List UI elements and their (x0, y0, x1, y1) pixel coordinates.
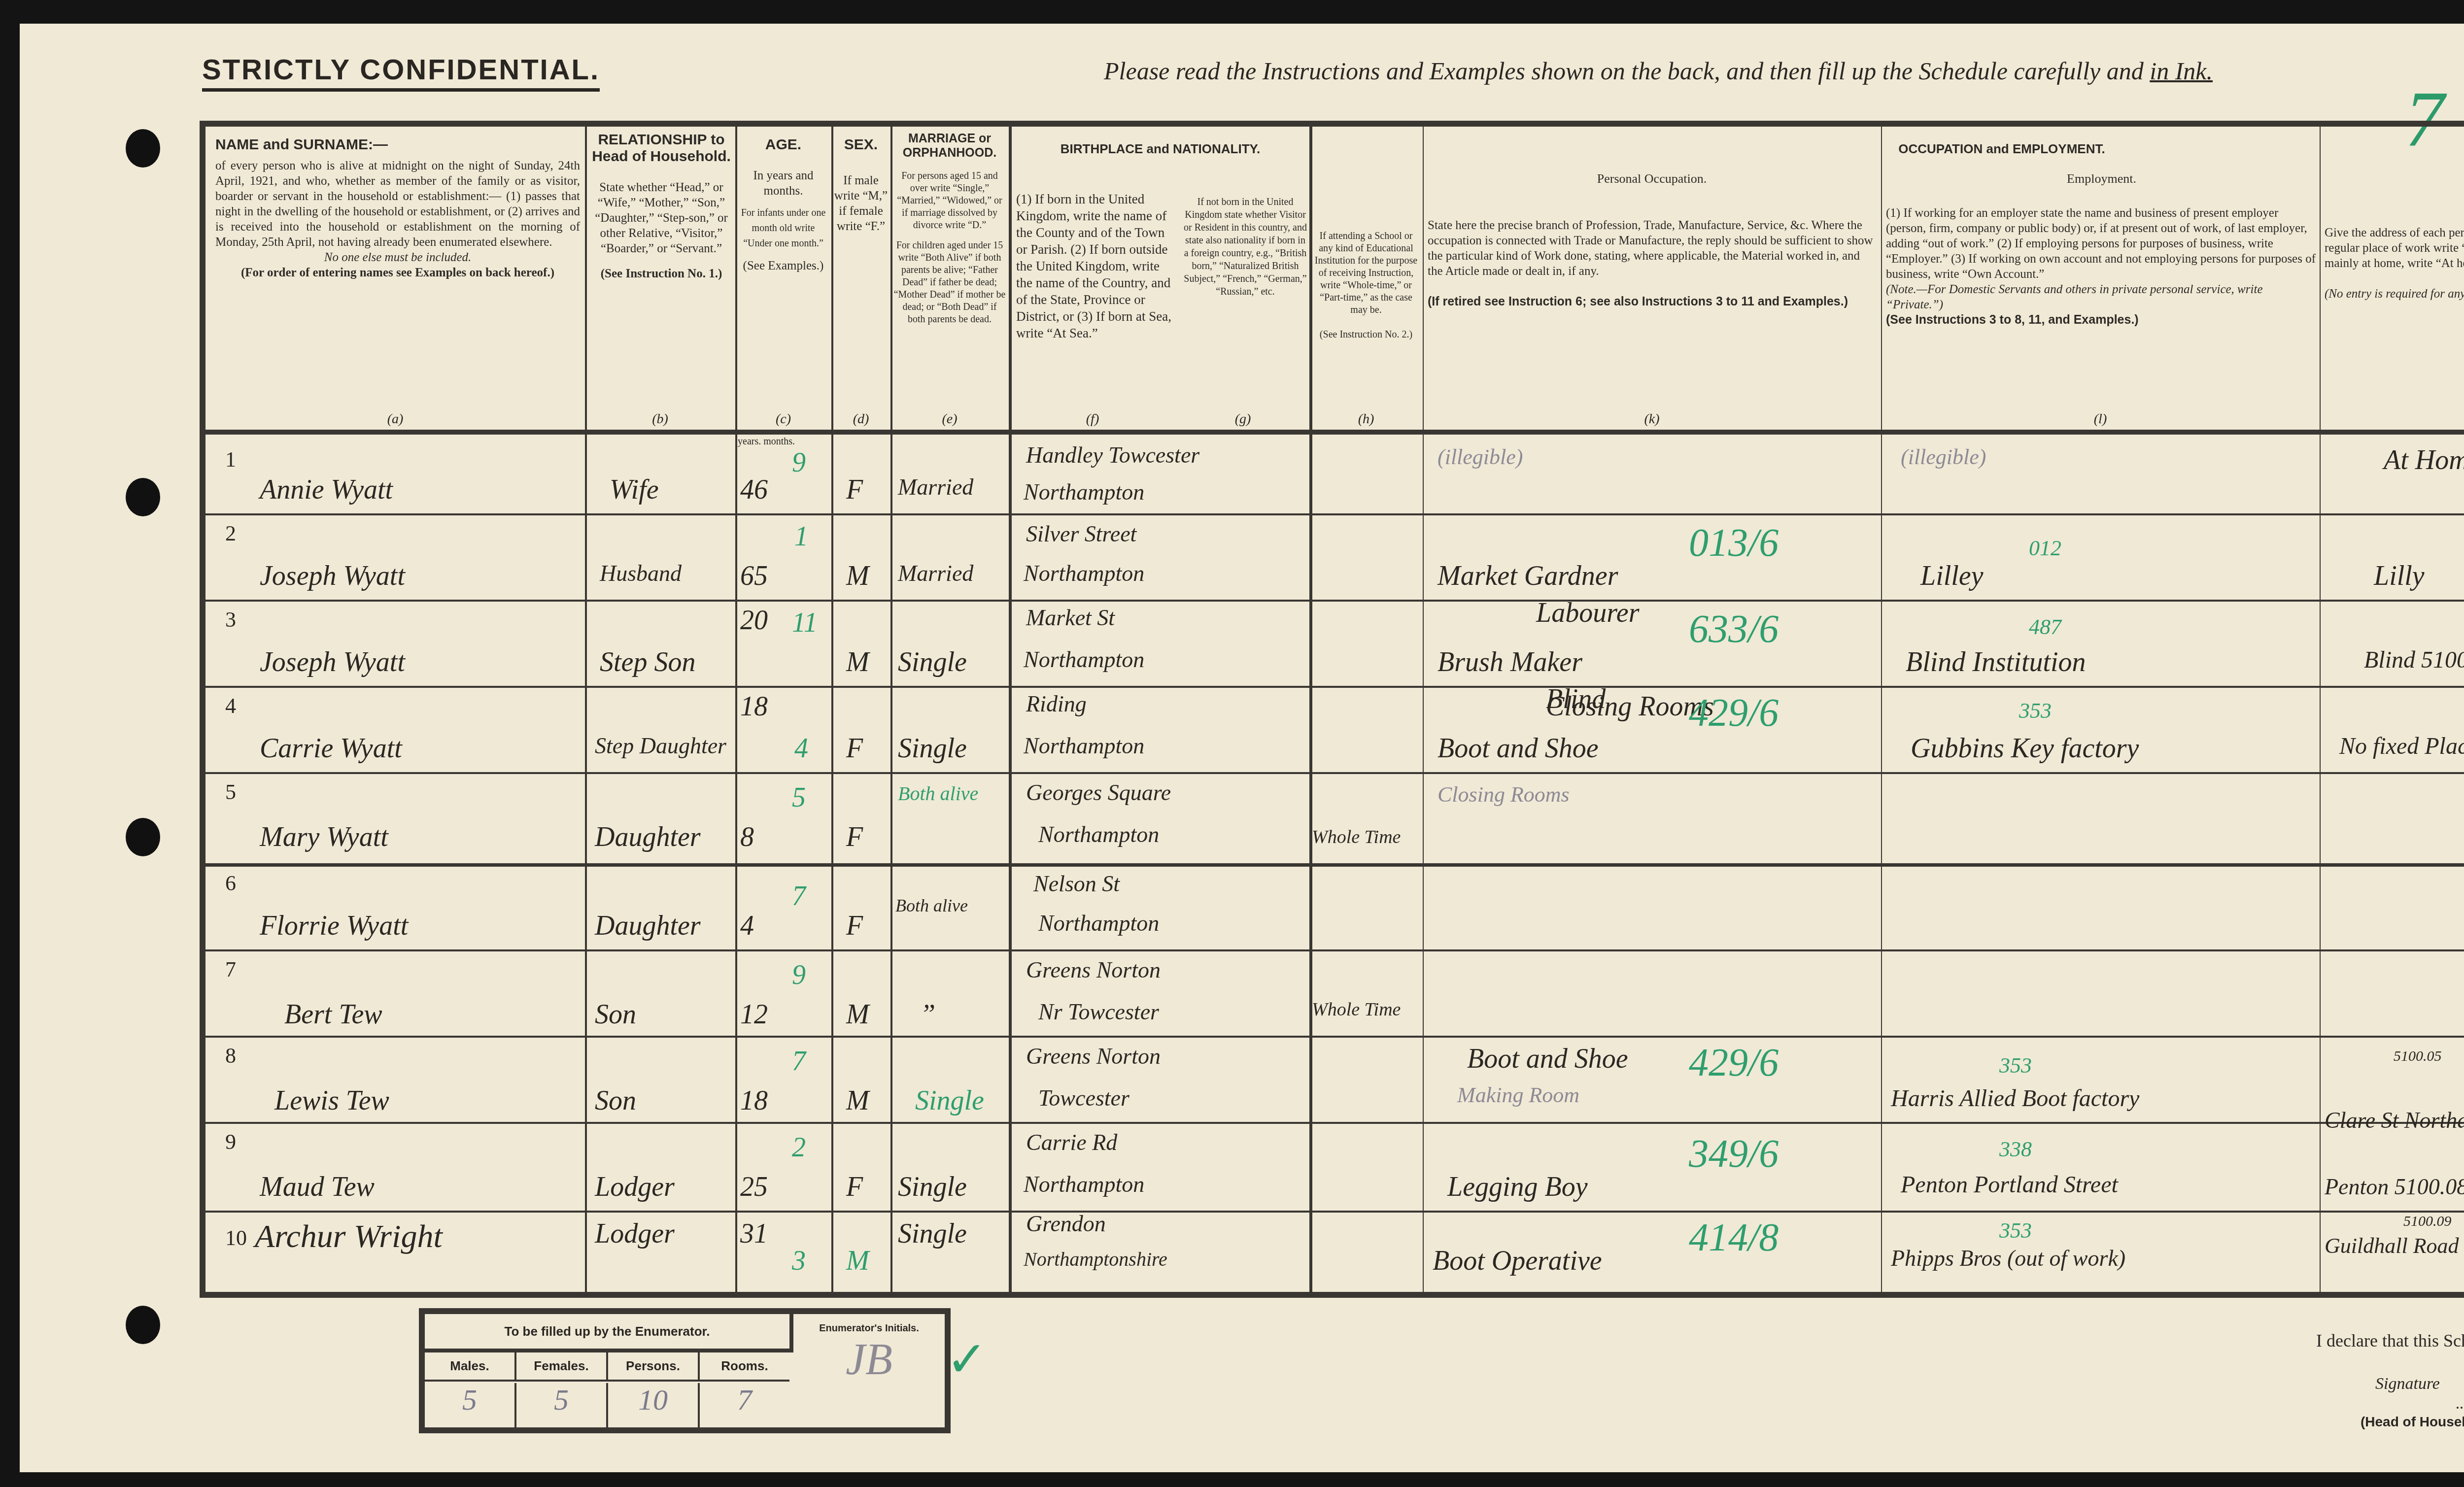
birthplace-line2: Northamptonshire (1024, 1248, 1167, 1271)
age-years: 31 (740, 1218, 768, 1250)
col-letter-h: (h) (1309, 411, 1423, 427)
col-e-note: For children aged under 15 write “Both A… (893, 239, 1006, 326)
birthplace-line2: Northampton (1024, 733, 1144, 759)
employer-code: 353 (1999, 1218, 2032, 1243)
col-d-body: If male write “M,” if female write “F.” (834, 173, 888, 234)
check-mark-icon: ✓ (946, 1330, 988, 1388)
col-c-body: In years and months. (738, 168, 829, 199)
age-years: 46 (740, 474, 768, 506)
col-b-body: State whether “Head,” or “Wife,” “Mother… (590, 180, 733, 256)
col-k-footer: (If retired see Instruction 6; see also … (1428, 295, 1848, 308)
persons-header: Persons. (608, 1352, 700, 1382)
person-relationship: Lodger (595, 1171, 675, 1203)
divider (585, 127, 587, 1292)
person-relationship: Step Daughter (595, 733, 726, 759)
col-l-note: (Note.—For Domestic Servants and others … (1886, 283, 2262, 311)
divider (1009, 127, 1012, 1292)
employer: (illegible) (1901, 444, 1986, 470)
person-name: Archur Wright (255, 1218, 443, 1255)
occupation-code: 414/8 (1689, 1216, 1779, 1260)
col-a-note: No one else must be included. (215, 250, 580, 265)
col-l-body: (1) If working for an employer state the… (1886, 205, 2317, 328)
person-relationship: Daughter (595, 821, 701, 853)
instructions-line: Please read the Instructions and Example… (1104, 57, 2213, 85)
place-code: 5100.09 (2403, 1213, 2452, 1230)
age-subheader: years. months. (738, 436, 795, 447)
birthplace-line1: Silver Street (1026, 521, 1136, 547)
age-months: 5 (792, 782, 806, 813)
col-m-text: Give the address of each person's place … (2325, 226, 2464, 270)
person-relationship: Daughter (595, 910, 701, 942)
row-number: 9 (225, 1129, 236, 1154)
header-relationship: RELATIONSHIP to Head of Household. State… (590, 132, 733, 281)
enumerator-summary-box: To be filled up by the Enumerator. Enume… (419, 1308, 951, 1433)
person-sex: M (846, 999, 869, 1030)
header-sex: SEX. If male write “M,” if female write … (834, 136, 888, 234)
place-of-work: No fixed Place 5100.06 (2339, 733, 2464, 760)
birthplace-line2: Northampton (1038, 821, 1159, 847)
col-h-text: If attending a School or any kind of Edu… (1315, 231, 1417, 315)
age-years: 65 (740, 560, 768, 592)
marital-status: Single (898, 1218, 967, 1250)
occupation-detail: Labourer (1536, 597, 1640, 629)
occupation: Boot Operative (1433, 1245, 1602, 1277)
row-number: 3 (225, 607, 236, 632)
birthplace-line1: Carrie Rd (1026, 1129, 1117, 1155)
person-name: Lewis Tew (274, 1085, 389, 1116)
person-sex: M (846, 646, 869, 678)
col-k-text: State here the precise branch of Profess… (1428, 219, 1873, 278)
occupation-code: 429/6 (1689, 1041, 1779, 1085)
person-relationship: Wife (610, 474, 659, 506)
occupation-detail: Making Room (1457, 1082, 1579, 1108)
place-code: 5100.05 (2394, 1048, 2442, 1065)
age-months: 9 (792, 447, 806, 478)
employer: Phipps Bros (out of work) (1891, 1245, 2125, 1271)
header-marriage: MARRIAGE or ORPHANHOOD. For persons aged… (893, 132, 1006, 326)
birthplace-line1: Nelson St (1033, 871, 1120, 897)
occupation-code: 349/6 (1689, 1132, 1779, 1177)
age-months: 7 (792, 1046, 806, 1077)
birthplace-line2: Northampton (1024, 560, 1144, 586)
birthplace-line2: Northampton (1024, 1171, 1144, 1197)
age-months: 7 (792, 880, 806, 912)
header-rule (205, 430, 2464, 435)
occupation-code: 013/6 (1689, 521, 1779, 566)
age-years: 18 (740, 1085, 768, 1116)
enumerator-initials-value: JB (793, 1334, 945, 1385)
marital-status: ” (920, 999, 935, 1030)
col-letter-g: (g) (1176, 411, 1309, 427)
col-a-title: NAME and SURNAME:— (215, 136, 580, 153)
females-value: 5 (516, 1383, 608, 1427)
place-of-work: Penton 5100.08 (2325, 1174, 2464, 1200)
enumerator-summary-headers: Males. Females. Persons. Rooms. (425, 1352, 789, 1382)
school-attendance: Whole Time (1312, 999, 1401, 1020)
occupation-detail: Closing Rooms (1437, 782, 1570, 807)
signature-line (2457, 1407, 2464, 1409)
marital-status: Both alive (898, 782, 978, 805)
employer: Blind Institution (1906, 646, 2086, 678)
place-of-work: Clare St Northampton (2325, 1107, 2464, 1133)
occupation-title: OCCUPATION and EMPLOYMENT. (1314, 141, 2464, 157)
marital-status: Single (915, 1085, 984, 1116)
row-number: 8 (225, 1043, 236, 1068)
divider (831, 127, 833, 1292)
col-k-body: State here the precise branch of Profess… (1428, 218, 1876, 309)
col-c-footer: (See Examples.) (738, 258, 829, 273)
age-months: 9 (792, 959, 806, 991)
occupation-code: 633/6 (1689, 607, 1779, 652)
age-years: 25 (740, 1171, 768, 1203)
employer: Harris Allied Boot factory (1891, 1085, 2139, 1112)
col-g-body: If not born in the United Kingdom state … (1184, 196, 1307, 298)
age-years: 18 (740, 691, 768, 722)
col-letter-b: (b) (585, 411, 735, 427)
col-c-title: AGE. (738, 136, 829, 153)
confidential-heading: STRICTLY CONFIDENTIAL. (202, 53, 600, 92)
occupation: (illegible) (1437, 444, 1523, 470)
col-h-footer: (See Instruction No. 2.) (1320, 329, 1412, 340)
person-name: Mary Wyatt (260, 821, 388, 853)
col-e-body: For persons aged 15 and over write “Sing… (893, 170, 1006, 232)
employer-code: 338 (1999, 1137, 2032, 1162)
person-sex: M (846, 560, 869, 592)
col-e-title: MARRIAGE or ORPHANHOOD. (893, 132, 1006, 160)
occupation: Boot and Shoe (1437, 733, 1599, 764)
row-number: 5 (225, 779, 236, 805)
employer-code: 012 (2029, 536, 2061, 561)
person-sex: F (846, 474, 863, 506)
col-m-note: (No entry is required for any person who… (2325, 287, 2464, 301)
marital-status: Single (898, 733, 967, 764)
person-sex: M (846, 1085, 869, 1116)
occupation: Legging Boy (1447, 1171, 1588, 1203)
occupation: Boot and Shoe (1467, 1043, 1628, 1075)
birthplace-line1: Georges Square (1026, 779, 1171, 806)
col-letter-d: (d) (831, 411, 890, 427)
employer: Penton Portland Street (1901, 1171, 2118, 1198)
col-b-title: RELATIONSHIP to Head of Household. (590, 132, 733, 165)
age-months: 3 (792, 1245, 806, 1277)
age-months: 2 (792, 1132, 806, 1163)
person-sex: F (846, 1171, 863, 1203)
enumerator-initials-cell: Enumerator's Initials. JB (793, 1314, 945, 1427)
enumerator-summary-title: To be filled up by the Enumerator. (425, 1314, 793, 1352)
males-value: 5 (425, 1383, 516, 1427)
person-name: Florrie Wyatt (260, 910, 408, 942)
person-sex: F (846, 733, 863, 764)
marital-status: Single (898, 646, 967, 678)
females-header: Females. (516, 1352, 608, 1382)
col-letter-m: (m) (2320, 411, 2464, 427)
birthplace-line1: Grendon (1026, 1211, 1106, 1237)
col-l-text: (1) If working for an employer state the… (1886, 206, 2316, 281)
col-letter-f: (f) (1009, 411, 1176, 427)
birthplace-line2: Northampton (1024, 646, 1144, 673)
birthplace-line2: Towcester (1038, 1085, 1129, 1111)
col-f-body: (1) If born in the United Kingdom, write… (1016, 191, 1179, 341)
in-ink-text: in Ink. (2150, 57, 2213, 85)
divider (890, 127, 892, 1292)
birthplace-line2: Northampton (1038, 910, 1159, 936)
person-relationship: Son (595, 1085, 636, 1116)
row-number: 6 (225, 871, 236, 896)
age-years: 8 (740, 821, 754, 853)
person-name: Carrie Wyatt (260, 733, 402, 764)
divider (1423, 127, 1424, 1292)
birthplace-line1: Market St (1026, 605, 1115, 631)
col-letter-a: (a) (205, 411, 585, 427)
age-months: 4 (794, 733, 808, 764)
school-attendance: Whole Time (1312, 826, 1401, 848)
person-relationship: Step Son (600, 646, 695, 678)
enumerator-initials-label: Enumerator's Initials. (793, 1323, 945, 1334)
person-sex: M (846, 1245, 869, 1277)
col-m-body: Give the address of each person's place … (2325, 225, 2464, 302)
col-m-title: Place of Work. (2325, 173, 2464, 189)
signature-note: (Head of Household, Manager of Establish… (2361, 1414, 2464, 1430)
employer: Lilley (1920, 560, 1984, 592)
divider (2320, 127, 2321, 1292)
person-name: Joseph Wyatt (260, 560, 405, 592)
person-name: Maud Tew (260, 1171, 375, 1203)
birthplace-line1: Greens Norton (1026, 1043, 1161, 1069)
place-of-work: Lilly (2374, 560, 2425, 592)
age-years: 12 (740, 999, 768, 1030)
rooms-value: 7 (700, 1383, 789, 1427)
col-a-footer: (For order of entering names see Example… (215, 265, 580, 280)
birthplace-line1: Handley Towcester (1026, 442, 1199, 468)
row-number: 10 (225, 1225, 247, 1250)
birthplace-line1: Riding (1026, 691, 1087, 717)
col-a-body: of every person who is alive at midnight… (215, 158, 580, 250)
age-months: 11 (792, 607, 818, 639)
enumerator-summary-values: 5 5 10 7 (425, 1383, 789, 1427)
punch-hole (126, 818, 160, 856)
person-sex: F (846, 821, 863, 853)
signature-label: Signature (2375, 1375, 2440, 1393)
person-relationship: Husband (600, 560, 682, 586)
marital-status: Both alive (895, 895, 968, 916)
marital-status: Married (898, 560, 973, 586)
employer: Gubbins Key factory (1911, 733, 2139, 764)
place-of-work: At Home (2384, 444, 2464, 476)
col-k-title: Personal Occupation. (1428, 171, 1876, 186)
header-name: NAME and SURNAME:— of every person who i… (215, 136, 580, 280)
declaration-text: I declare that this Schedule is correctl… (2316, 1330, 2464, 1351)
rooms-header: Rooms. (700, 1352, 789, 1382)
person-relationship: Lodger (595, 1218, 675, 1250)
row-number: 7 (225, 957, 236, 982)
divider (735, 127, 737, 1292)
employer-code: 353 (1999, 1053, 2032, 1078)
col-d-title: SEX. (834, 136, 888, 153)
col-h-body: If attending a School or any kind of Edu… (1312, 230, 1420, 341)
occupation: Market Gardner (1437, 560, 1618, 592)
row-number: 1 (225, 447, 236, 472)
person-relationship: Son (595, 999, 636, 1030)
person-name: Joseph Wyatt (260, 646, 405, 678)
person-sex: F (846, 910, 863, 942)
place-of-work: Blind 5100.05 (2364, 646, 2464, 674)
col-l-footer: (See Instructions 3 to 8, 11, and Exampl… (1886, 313, 2139, 327)
col-c-note: For infants under one month old write “U… (738, 205, 829, 251)
age-years: 4 (740, 910, 754, 942)
employer-code: 353 (2019, 698, 2052, 723)
occupation: Brush Maker (1437, 646, 1582, 678)
instructions-text: Please read the Instructions and Example… (1104, 57, 2150, 85)
punch-hole (126, 129, 160, 168)
employer-code: 487 (2029, 614, 2061, 640)
birthplace-line2: Nr Towcester (1038, 999, 1159, 1025)
marital-status: Married (898, 474, 973, 500)
marital-status: Single (898, 1171, 967, 1203)
census-table: NAME and SURNAME:— of every person who i… (200, 121, 2464, 1298)
person-name: Bert Tew (284, 999, 382, 1030)
birthplace-title: BIRTHPLACE and NATIONALITY. (1014, 141, 1307, 157)
divider (1881, 127, 1882, 1292)
row-number: 4 (225, 693, 236, 718)
header-age: AGE. In years and months. For infants un… (738, 136, 829, 273)
males-header: Males. (425, 1352, 516, 1382)
col-letter-k: (k) (1423, 411, 1881, 427)
col-letter-l: (l) (1881, 411, 2320, 427)
col-l-title: Employment. (1886, 171, 2317, 186)
col-b-footer: (See Instruction No. 1.) (590, 266, 733, 281)
punch-hole (126, 1306, 160, 1344)
row-number: 2 (225, 521, 236, 546)
birthplace-line1: Greens Norton (1026, 957, 1161, 983)
col-letter-c: (c) (735, 411, 831, 427)
place-of-work: Guildhall Road Northampton (2325, 1235, 2464, 1257)
col-letter-e: (e) (890, 411, 1009, 427)
occupation-code: 429/6 (1689, 691, 1779, 736)
age-years: 20 (740, 605, 768, 636)
persons-value: 10 (608, 1383, 700, 1427)
person-name: Annie Wyatt (260, 474, 393, 506)
punch-hole (126, 478, 160, 516)
age-months: 1 (794, 521, 808, 552)
birthplace-line2: Northampton (1024, 479, 1144, 505)
